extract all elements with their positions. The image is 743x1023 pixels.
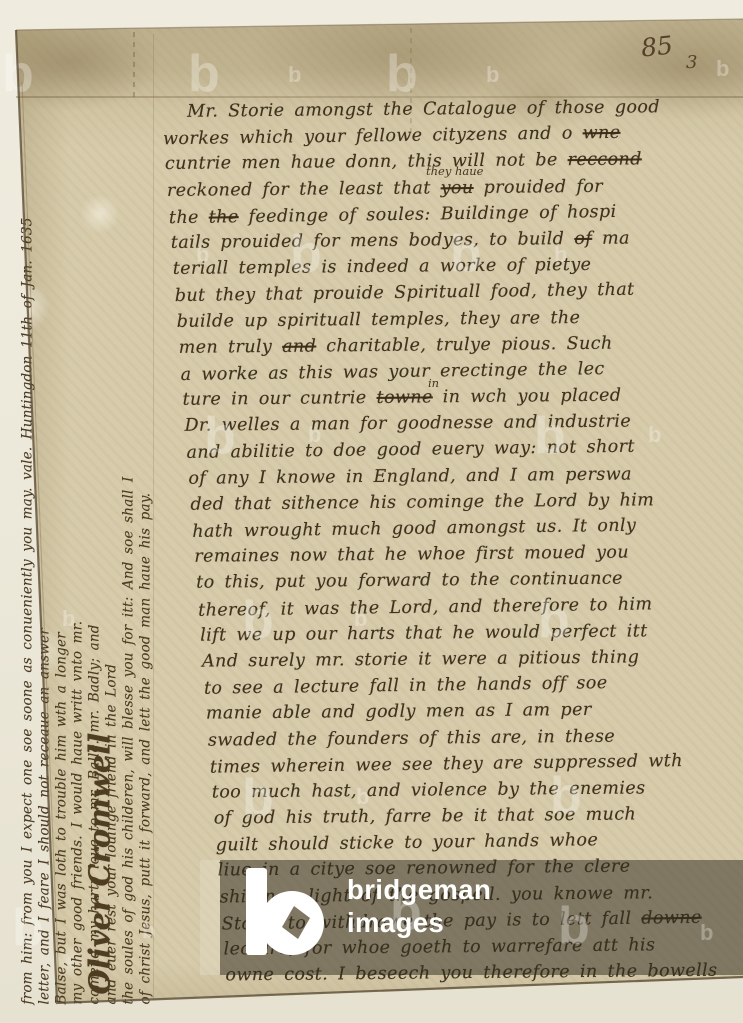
manuscript-scan: 85 3 Mr. Storie amongst the Catalogue of… bbox=[0, 0, 743, 1023]
interlinear-insertion: in bbox=[428, 376, 439, 390]
paper-edge bbox=[0, 0, 743, 1023]
interlinear-insertion: they haue bbox=[426, 164, 483, 178]
